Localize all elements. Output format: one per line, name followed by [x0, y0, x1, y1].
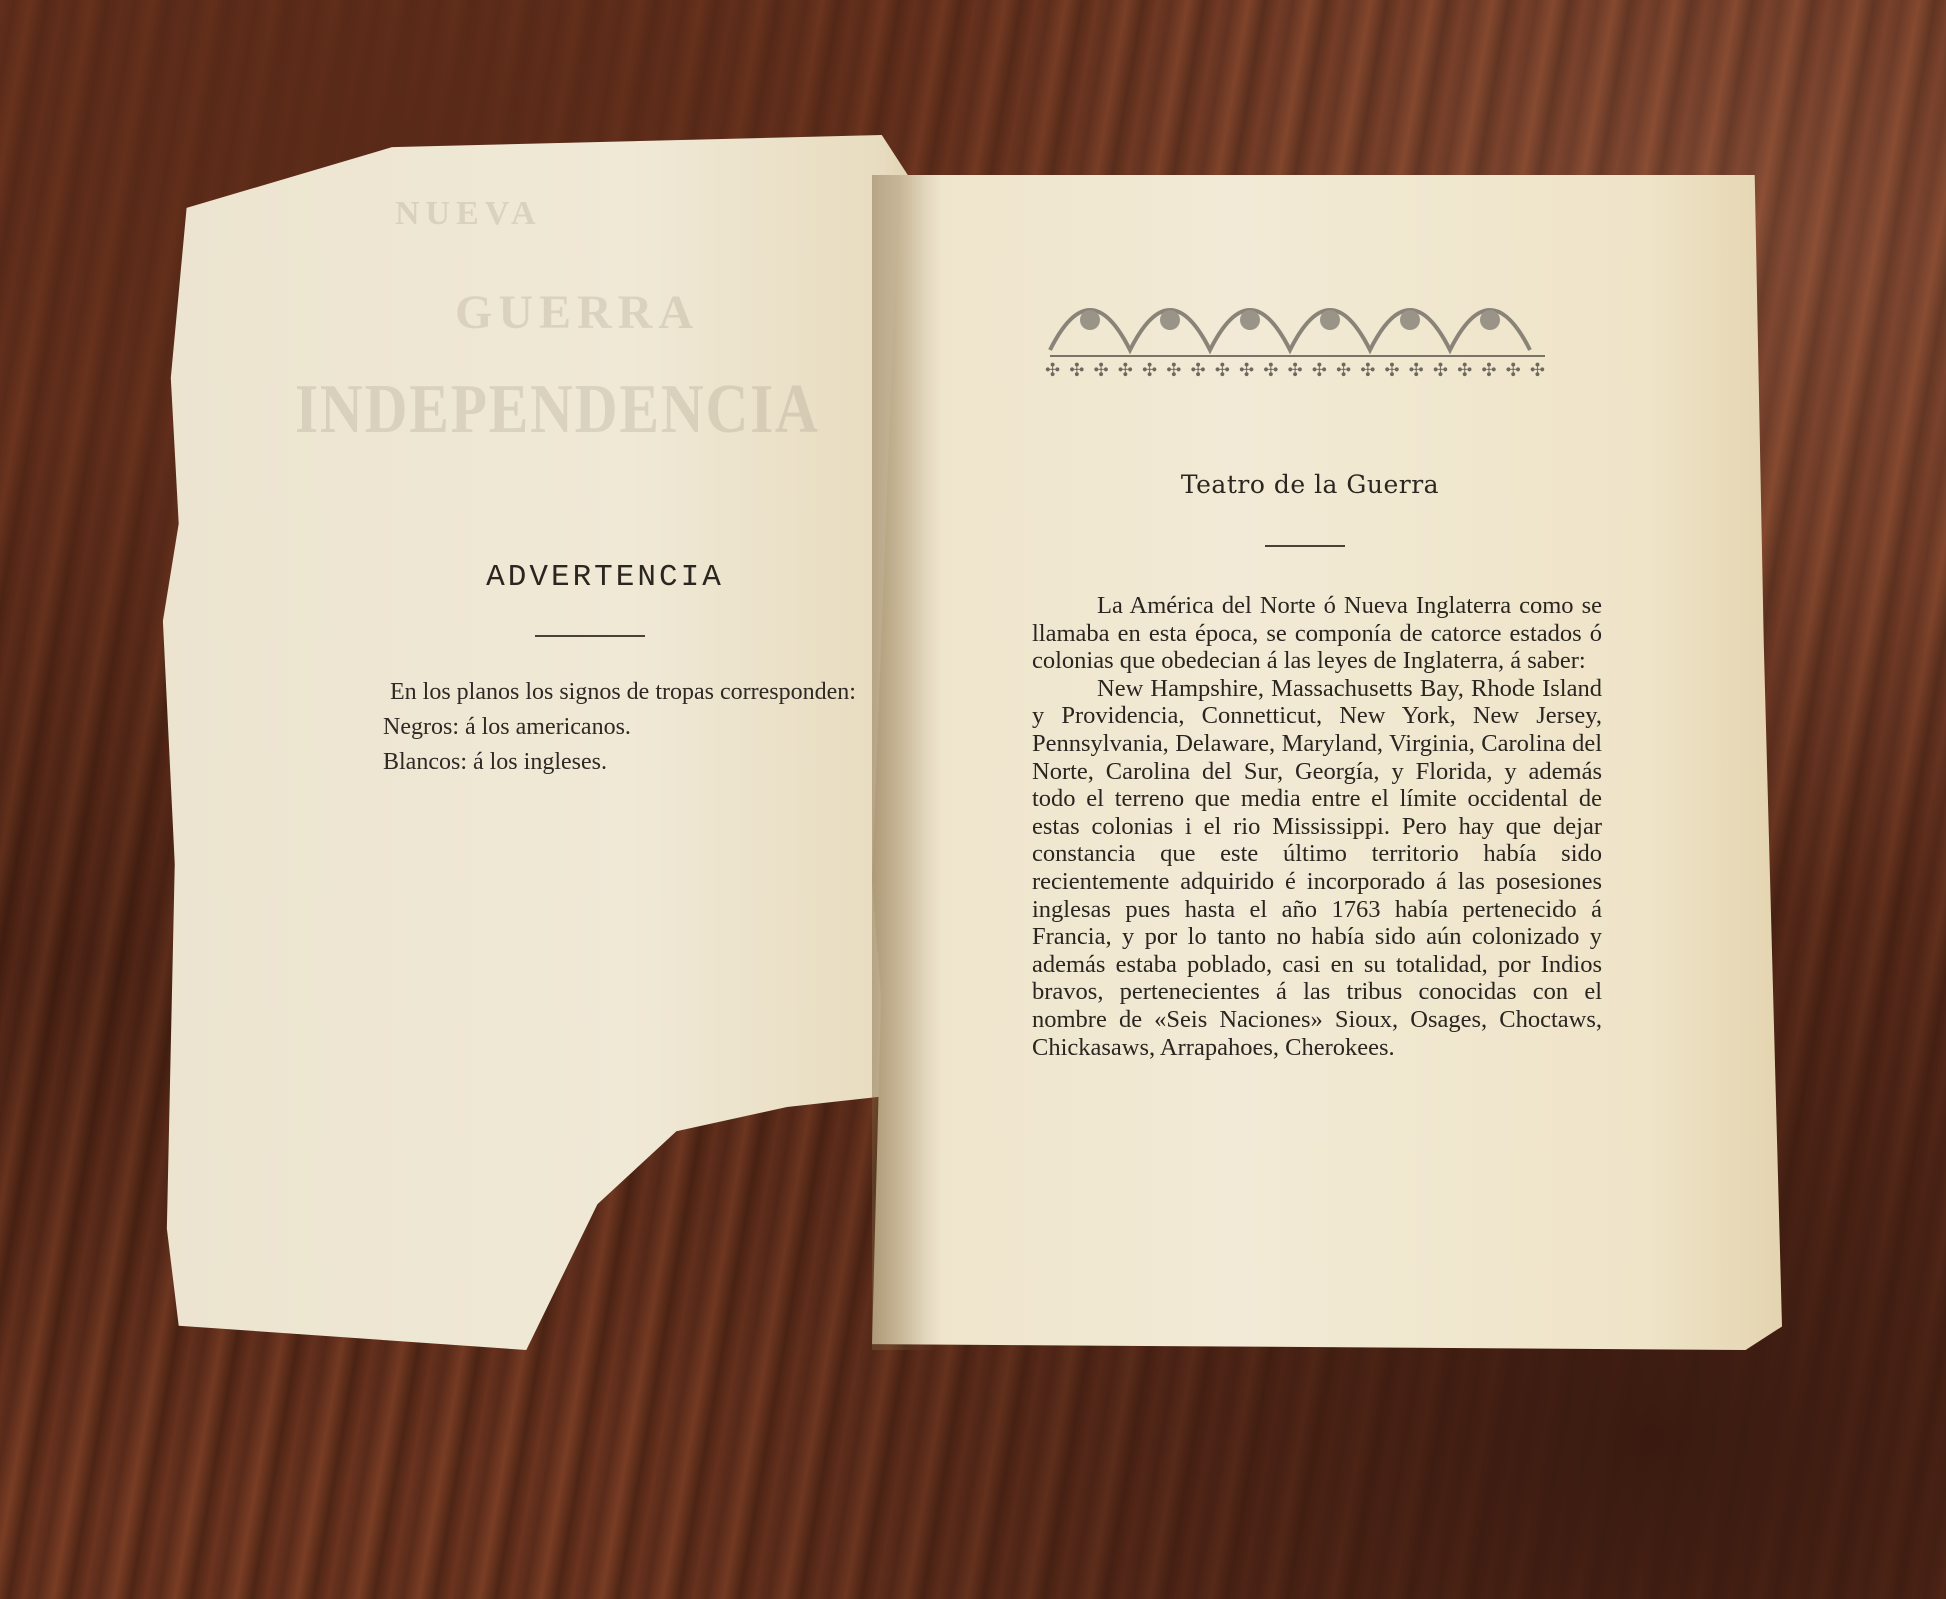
advertencia-heading: ADVERTENCIA	[425, 560, 785, 595]
bleed-through-text: NUEVA	[395, 195, 542, 233]
teatro-body: La América del Norte ó Nueva Inglaterra …	[1032, 592, 1602, 1061]
heading-rule	[1265, 545, 1345, 547]
teatro-paragraph: New Hampshire, Massachusetts Bay, Rhode …	[1032, 675, 1602, 1061]
teatro-heading: Teatro de la Guerra	[1110, 470, 1510, 499]
advertencia-item: Blancos: á los ingleses.	[338, 745, 883, 780]
gothic-arch-ornament-icon: ✣✣✣✣✣✣✣✣✣✣✣✣✣✣✣✣✣✣✣✣✣	[1045, 270, 1550, 380]
heading-rule	[535, 635, 645, 637]
bleed-through-text: INDEPENDENCIA	[295, 370, 820, 450]
advertencia-body: En los planos los signos de tropas corre…	[338, 675, 883, 780]
advertencia-paragraph: En los planos los signos de tropas corre…	[338, 675, 883, 710]
book-spine-shadow	[872, 175, 942, 1350]
teatro-paragraph: La América del Norte ó Nueva Inglaterra …	[1032, 592, 1602, 675]
advertencia-item: Negros: á los americanos.	[338, 710, 883, 745]
bleed-through-text: GUERRA	[455, 285, 699, 340]
svg-text:✣✣✣✣✣✣✣✣✣✣✣✣✣✣✣✣✣✣✣✣✣: ✣✣✣✣✣✣✣✣✣✣✣✣✣✣✣✣✣✣✣✣✣	[1045, 360, 1545, 380]
